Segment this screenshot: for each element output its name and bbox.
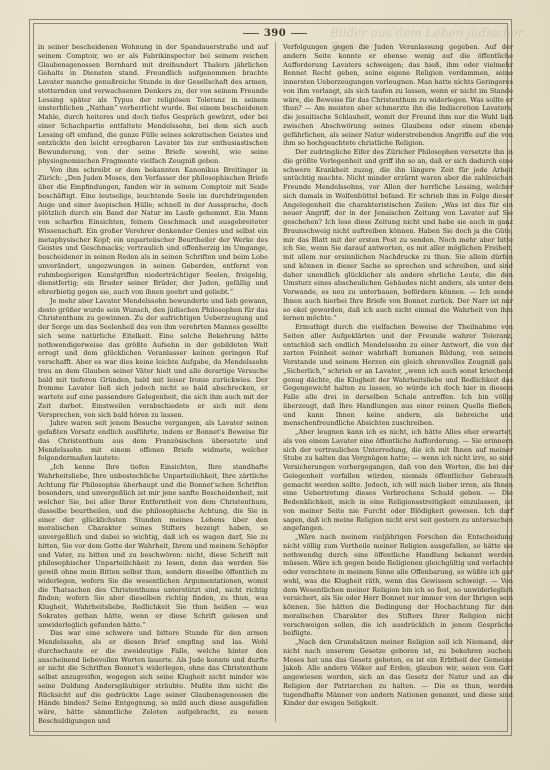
paragraph: „Aber leugnen kann ich es nicht, ich hät… (283, 428, 513, 533)
paragraph: Jahre waren seit jenem Besuche vergangen… (38, 419, 268, 463)
header-rule-right (291, 33, 307, 34)
page-header: 390 (0, 28, 550, 39)
paragraph: in seiner bescheidenen Wohnung in der Sp… (38, 43, 268, 166)
paragraph: „Ich kenne Ihre tiefen Einsichten, Ihre … (38, 463, 268, 629)
paragraph: Verfolgungen gegen die Juden Veranlassun… (283, 43, 513, 148)
column-divider (275, 42, 276, 722)
paragraph: Ermuthigt durch die vielfachen Beweise d… (283, 323, 513, 428)
header-rule-left (243, 33, 259, 34)
paragraph: Je mehr aber Lavater Mendelssohn bewunde… (38, 297, 268, 420)
page-number: 390 (264, 28, 286, 39)
paragraph: „Wäre nach meinem vieljährigen Forschen … (283, 533, 513, 638)
paragraph: Das war eine schwere und bittere Stunde … (38, 629, 268, 725)
right-column: Verfolgungen gegen die Juden Veranlassun… (283, 43, 513, 708)
left-column: in seiner bescheidenen Wohnung in der Sp… (38, 43, 268, 726)
paragraph: Der zudringliche Eifer des Züricher Phil… (283, 148, 513, 323)
paragraph: „Nach den Grundsätzen meiner Religion so… (283, 638, 513, 708)
paragraph: Von ihm schreibt er dem bekannten Kanoni… (38, 166, 268, 297)
